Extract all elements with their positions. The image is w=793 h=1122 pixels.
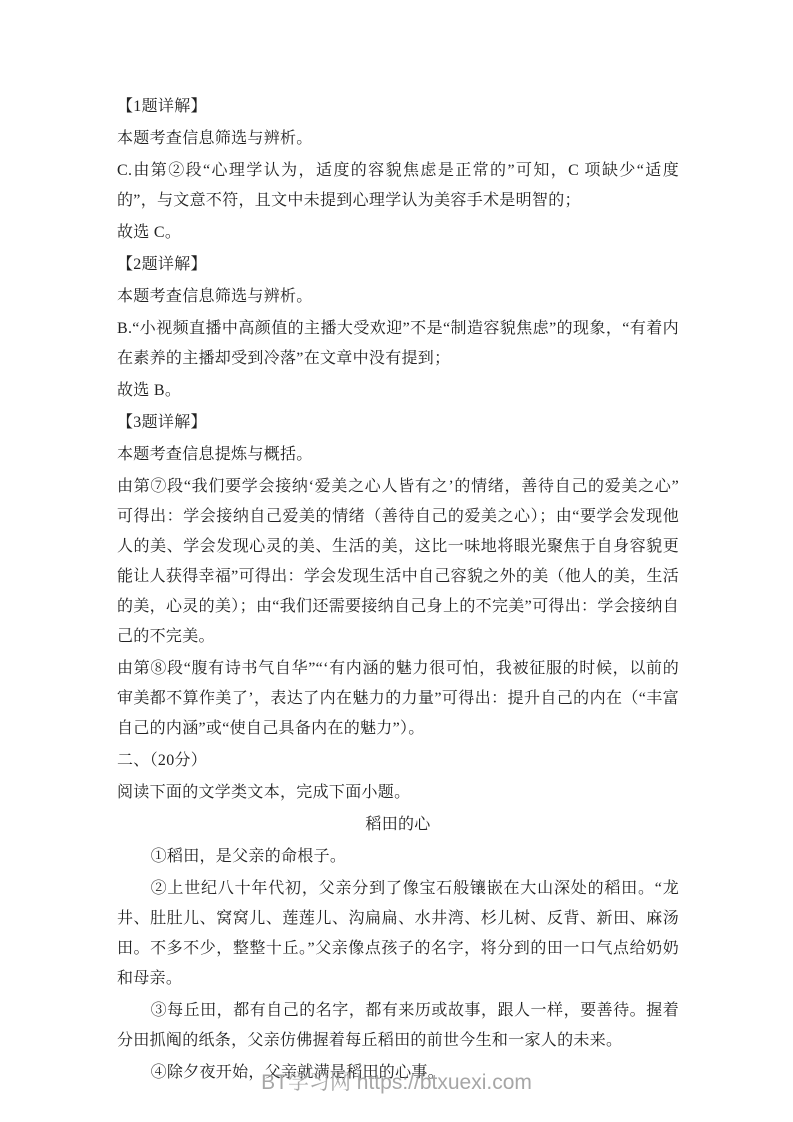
q3-exam-point: 本题考查信息提炼与概括。 — [117, 440, 679, 470]
exam-answer-page: { "document": { "paragraphs": [ { "id": … — [0, 0, 793, 1122]
q1-answer: 故选 C。 — [117, 218, 679, 248]
q1-detail-heading: 【1题详解】 — [117, 92, 679, 122]
reading-instruction: 阅读下面的文学类文本，完成下面小题。 — [117, 778, 679, 808]
q1-exam-point: 本题考查信息筛选与辨析。 — [117, 124, 679, 154]
passage-paragraph-3: ③每丘田，都有自己的名字，都有来历或故事，跟人一样，要善待。握着分田抓阄的纸条，… — [117, 996, 679, 1056]
q3-analysis-2: 由第⑧段“腹有诗书气自华”“‘有内涵的魅力很可怕，我被征服的时候，以前的审美都不… — [117, 654, 679, 744]
q2-detail-heading: 【2题详解】 — [117, 250, 679, 280]
passage-paragraph-2: ②上世纪八十年代初，父亲分到了像宝石般镶嵌在大山深处的稻田。“龙井、肚肚儿、窝窝… — [117, 874, 679, 994]
passage-paragraph-1: ①稻田，是父亲的命根子。 — [117, 842, 679, 872]
q3-detail-heading: 【3题详解】 — [117, 408, 679, 438]
q2-exam-point: 本题考查信息筛选与辨析。 — [117, 282, 679, 312]
q2-answer: 故选 B。 — [117, 376, 679, 406]
passage-title: 稻田的心 — [117, 810, 679, 840]
document-body: 【1题详解】 本题考查信息筛选与辨析。 C.由第②段“心理学认为，适度的容貌焦虑… — [117, 92, 679, 1090]
section-two-heading: 二、（20分） — [117, 746, 679, 776]
footer-watermark: BT学习网 https://btxuexi.com — [0, 1070, 793, 1096]
q1-analysis: C.由第②段“心理学认为，适度的容貌焦虑是正常的”可知，C 项缺少“适度的”，与… — [117, 156, 679, 216]
q2-analysis: B.“小视频直播中高颜值的主播大受欢迎”不是“制造容貌焦虑”的现象，“有着内在素… — [117, 314, 679, 374]
q3-analysis-1: 由第⑦段“我们要学会接纳‘爱美之心人皆有之’的情绪，善待自己的爱美之心”可得出：… — [117, 472, 679, 652]
